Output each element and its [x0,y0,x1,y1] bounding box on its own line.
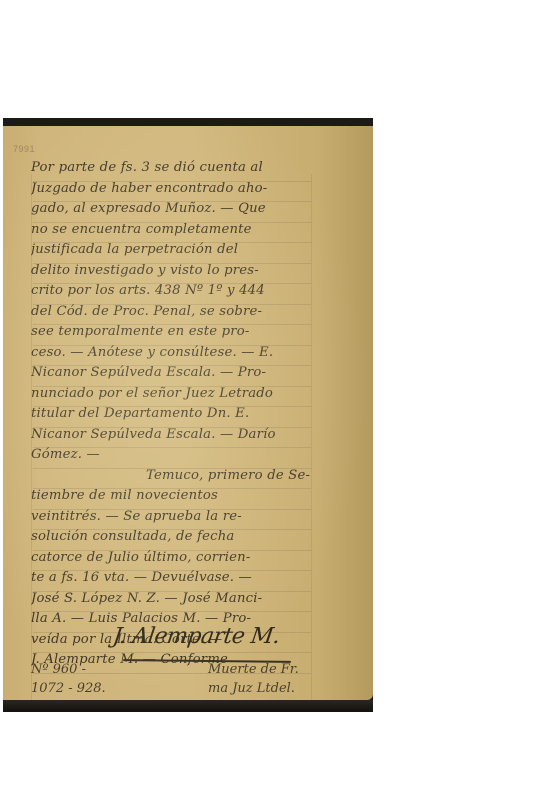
case-reference: 1072 - 928. [31,679,106,698]
text-line: Nicanor Sepúlveda Escala. — Darío [31,425,321,446]
text-line: crito por los arts. 438 Nº 1º y 444 [31,281,321,302]
text-line: gado, al expresado Muñoz. — Que [31,199,321,220]
text-line: te a fs. 16 vta. — Devuélvase. — [31,568,321,589]
text-line: Por parte de fs. 3 se dió cuenta al [31,158,321,179]
text-line: veintitrés. — Se aprueba la re- [31,507,321,528]
text-line: catorce de Julio último, corrien- [31,548,321,569]
case-subject-line2: ma Juz Ltdel. [208,679,299,698]
case-number: Nº 960 - [31,660,106,679]
text-line: no se encuentra completamente [31,220,321,241]
folio-mark: 7991 [13,144,35,154]
handwritten-body: Por parte de fs. 3 se dió cuenta al Juzg… [31,158,321,671]
case-number-block: Nº 960 - 1072 - 928. [31,660,106,698]
text-line: nunciado por el señor Juez Letrado [31,384,321,405]
text-line-dateline: Temuco, primero de Se- [31,466,321,487]
text-line: Nicanor Sepúlveda Escala. — Pro- [31,363,321,384]
signature-block: J. Alemparte M. [113,624,283,658]
case-subject-block: Muerte de Fr. ma Juz Ltdel. [208,660,299,698]
text-line: solución consultada, de fecha [31,527,321,548]
case-subject-line1: Muerte de Fr. [208,660,299,679]
text-line: see temporalmente en este pro- [31,322,321,343]
ledger-page: 7991 Por parte de fs. 3 se dió cuenta al… [3,126,373,700]
text-line: José S. López N. Z. — José Manci- [31,589,321,610]
signature: J. Alemparte M. [111,624,281,649]
text-line: justificada la perpetración del [31,240,321,261]
scanned-page-frame: 7991 Por parte de fs. 3 se dió cuenta al… [3,118,373,712]
text-line: del Cód. de Proc. Penal, se sobre- [31,302,321,323]
text-line: tiembre de mil novecientos [31,486,321,507]
text-line: ceso. — Anótese y consúltese. — E. [31,343,321,364]
text-line: Gómez. — [31,445,321,466]
text-line: Juzgado de haber encontrado aho- [31,179,321,200]
text-line: titular del Departamento Dn. E. [31,404,321,425]
scan-bottom-edge [3,700,373,712]
text-line: delito investigado y visto lo pres- [31,261,321,282]
